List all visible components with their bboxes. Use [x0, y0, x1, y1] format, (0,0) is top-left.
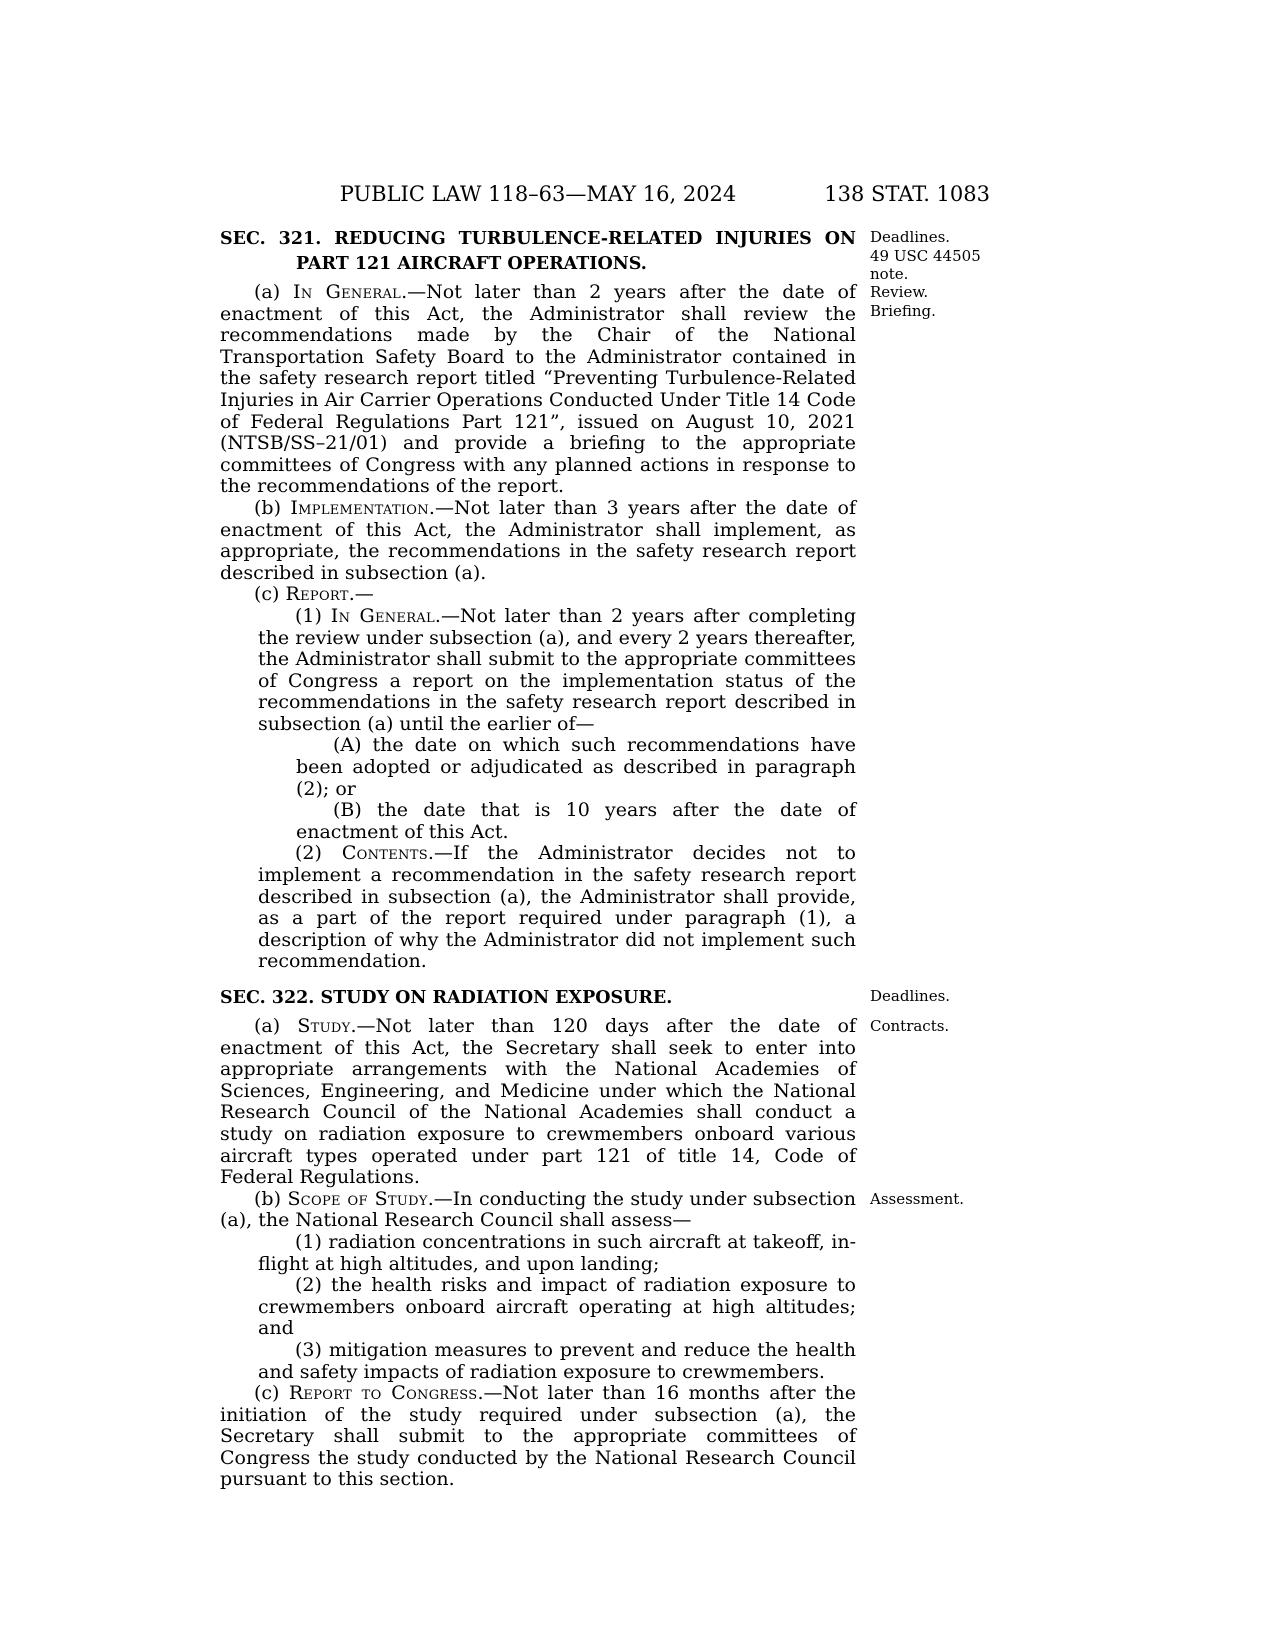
margin-notes: Deadlines.49 USC 44505 note. — [870, 228, 996, 284]
paragraph-prefix: (2) — [295, 1274, 331, 1296]
paragraph-term: Study — [297, 1015, 350, 1037]
section-heading: SEC. 322. STUDY ON RADIATION EXPOSURE.De… — [220, 986, 856, 1011]
section-number: SEC. 321. — [220, 229, 321, 249]
paragraph-text: the health risks and impact of radiation… — [258, 1274, 856, 1339]
statute-paragraph: (b) Implementation.—Not later than 3 yea… — [220, 498, 856, 584]
paragraph-term: Implementation — [290, 497, 429, 519]
statute-paragraph: (1) radiation concentrations in such air… — [258, 1232, 856, 1275]
public-law-title: PUBLIC LAW 118–63—MAY 16, 2024 — [220, 181, 856, 207]
margin-notes: Assessment. — [870, 1190, 996, 1209]
paragraph-term: Report to Congress — [289, 1382, 478, 1404]
statute-paragraph: (A) the date on which such recommendatio… — [296, 735, 856, 800]
statute-paragraph: (2) Contents.—If the Administrator decid… — [258, 843, 856, 973]
statute-paragraph: (B) the date that is 10 years after the … — [296, 800, 856, 843]
statute-paragraph: (1) In General.—Not later than 2 years a… — [258, 606, 856, 736]
paragraph-text: .—Not later than 2 years after the date … — [220, 281, 856, 497]
section-number: SEC. 322. — [220, 988, 314, 1008]
margin-notes: Review.Briefing. — [870, 283, 996, 320]
statute-paragraph: (b) Scope of Study.—In conducting the st… — [220, 1189, 856, 1232]
paragraph-prefix: (a) — [254, 1015, 297, 1037]
paragraph-text: mitigation measures to prevent and reduc… — [258, 1339, 856, 1383]
margin-notes: Contracts. — [870, 1017, 996, 1036]
paragraph-prefix: (2) — [295, 842, 342, 864]
statute-paragraph: (c) Report to Congress.—Not later than 1… — [220, 1383, 856, 1491]
statute-page: PUBLIC LAW 118–63—MAY 16, 2024 138 STAT.… — [0, 0, 1275, 1650]
paragraph-term: In General — [331, 605, 435, 627]
paragraph-prefix: (A) — [333, 734, 373, 756]
paragraph-prefix: (c) — [254, 1382, 289, 1404]
paragraph-prefix: (a) — [254, 281, 293, 303]
statute-paragraph: (c) Report.— — [220, 584, 856, 606]
section-title: STUDY ON RADIATION EXPOSURE. — [321, 988, 673, 1008]
margin-note: Contracts. — [870, 1017, 996, 1036]
margin-note: Review. — [870, 283, 996, 302]
paragraph-prefix: (c) — [254, 583, 286, 605]
sections: SEC. 321. REDUCING TURBULENCE-RELATED IN… — [220, 214, 856, 1491]
paragraph-term: Report — [286, 583, 349, 605]
paragraph-prefix: (B) — [333, 799, 377, 821]
statute-paragraph: (2) the health risks and impact of radia… — [258, 1275, 856, 1340]
paragraph-prefix: (b) — [254, 497, 290, 519]
paragraph-text: the date on which such recommendations h… — [296, 734, 856, 799]
margin-note: Deadlines. — [870, 228, 996, 247]
paragraph-prefix: (b) — [254, 1188, 287, 1210]
statute-paragraph: (a) In General.—Not later than 2 years a… — [220, 282, 856, 498]
paragraph-prefix: (1) — [295, 605, 331, 627]
paragraph-term: In General — [293, 281, 401, 303]
paragraph-term: Contents — [342, 842, 428, 864]
section-title: REDUCING TURBULENCE-RELATED INJURIES ON … — [296, 229, 856, 274]
margin-note: Briefing. — [870, 302, 996, 321]
paragraph-prefix: (1) — [295, 1231, 328, 1253]
margin-note: Deadlines. — [870, 987, 996, 1006]
paragraph-text: .— — [349, 583, 374, 605]
margin-note: Assessment. — [870, 1190, 996, 1209]
statute-paragraph: (a) Study.—Not later than 120 days after… — [220, 1016, 856, 1189]
running-header: PUBLIC LAW 118–63—MAY 16, 2024 138 STAT.… — [220, 181, 990, 209]
paragraph-text: radiation concentrations in such aircraf… — [258, 1231, 856, 1275]
paragraph-text: .—Not later than 120 days after the date… — [220, 1015, 856, 1188]
section-heading: SEC. 321. REDUCING TURBULENCE-RELATED IN… — [220, 227, 856, 277]
margin-note: 49 USC 44505 note. — [870, 247, 996, 284]
paragraph-text: the date that is 10 years after the date… — [296, 799, 856, 843]
paragraph-prefix: (3) — [295, 1339, 329, 1361]
statute-paragraph: (3) mitigation measures to prevent and r… — [258, 1340, 856, 1383]
paragraph-term: Scope of Study — [287, 1188, 427, 1210]
margin-notes: Deadlines. — [870, 987, 996, 1006]
statutes-at-large-page: 138 STAT. 1083 — [824, 181, 990, 207]
